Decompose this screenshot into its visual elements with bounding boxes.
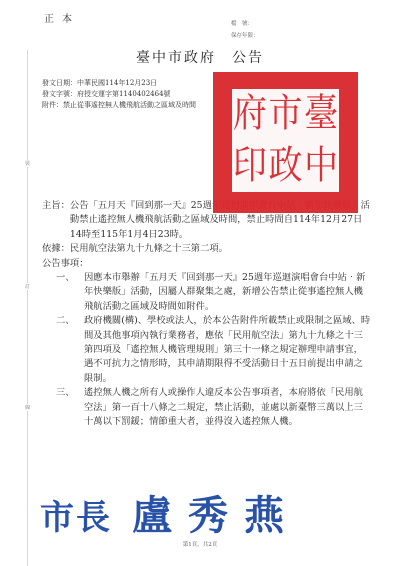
item-text: 政府機關(構)、學校或法人，於本公告附件所載禁止或限制之區域、時間及其他事項內執… [84,314,372,386]
copy-mark: 正本 [44,10,80,25]
issue-date: 發文日期：中華民國114年12月23日 [42,78,196,89]
seal-char: 中 [303,137,339,196]
attachment: 附件：禁止從事遙控無人機飛航活動之區域及時間 [42,100,196,111]
file-meta: 檔 號： 保存年限： [231,18,259,42]
item-number: 三、 [56,386,84,429]
seal-char: 市 [268,85,304,144]
items-label: 公告事項： [42,257,372,271]
list-item: 二、 政府機關(構)、學校或法人，於本公告附件所載禁止或限制之區域、時間及其他事… [56,314,372,386]
item-number: 一、 [56,271,84,314]
signature-title: 市長 [40,498,112,538]
basis-text: 民用航空法第九十九條之十三第二項。 [70,242,372,256]
title-org: 臺中市政府 [136,50,216,66]
seal-char: 臺 [303,85,339,144]
retention-label: 保存年限： [231,30,259,42]
binding-mark-ding: 訂 [23,283,32,290]
announcement-body: 主旨： 公告「五月天『回到那一天』25週年巡迴演唱會台中站‧新年快樂版」活動禁止… [42,199,372,430]
item-number: 二、 [56,314,84,386]
binding-line [27,50,28,566]
subject-label: 主旨： [42,199,70,242]
doc-number: 發文字號：府授交運字第1140402464號 [42,89,196,100]
basis-label: 依據： [42,242,70,256]
signature-name: 盧秀燕 [132,492,300,539]
item-text: 因應本市舉辦「五月天『回到那一天』25週年巡迴演唱會台中站‧新年快樂版」活動，因… [84,271,372,314]
seal-char: 政 [268,137,304,196]
binding-mark-xian: 線 [23,404,32,411]
page-title: 臺中市政府公告 [0,47,400,67]
list-item: 一、 因應本市舉辦「五月天『回到那一天』25週年巡迴演唱會台中站‧新年快樂版」活… [56,271,372,314]
seal-char: 印 [232,137,268,196]
mayor-signature: 市長盧秀燕 [40,484,300,541]
header-fields: 發文日期：中華民國114年12月23日 發文字號：府授交運字第114040246… [42,78,196,111]
file-number-label: 檔 號： [231,18,259,30]
binding-mark-zhuang: 裝 [23,160,32,167]
item-text: 遙控無人機之所有人或操作人違反本公告事項者，本府將依「民用航空法」第一百十八條之… [84,386,372,429]
title-doc-type: 公告 [232,50,264,66]
seal-char: 府 [232,85,268,144]
official-seal: 臺 中 市 政 府 印 [213,72,358,213]
list-item: 三、 遙控無人機之所有人或操作人違反本公告事項者，本府將依「民用航空法」第一百十… [56,386,372,429]
seal-inner: 臺 中 市 政 府 印 [232,89,339,192]
page-number: 第1頁，共2頁 [0,540,400,548]
basis-row: 依據： 民用航空法第九十九條之十三第二項。 [42,242,372,256]
